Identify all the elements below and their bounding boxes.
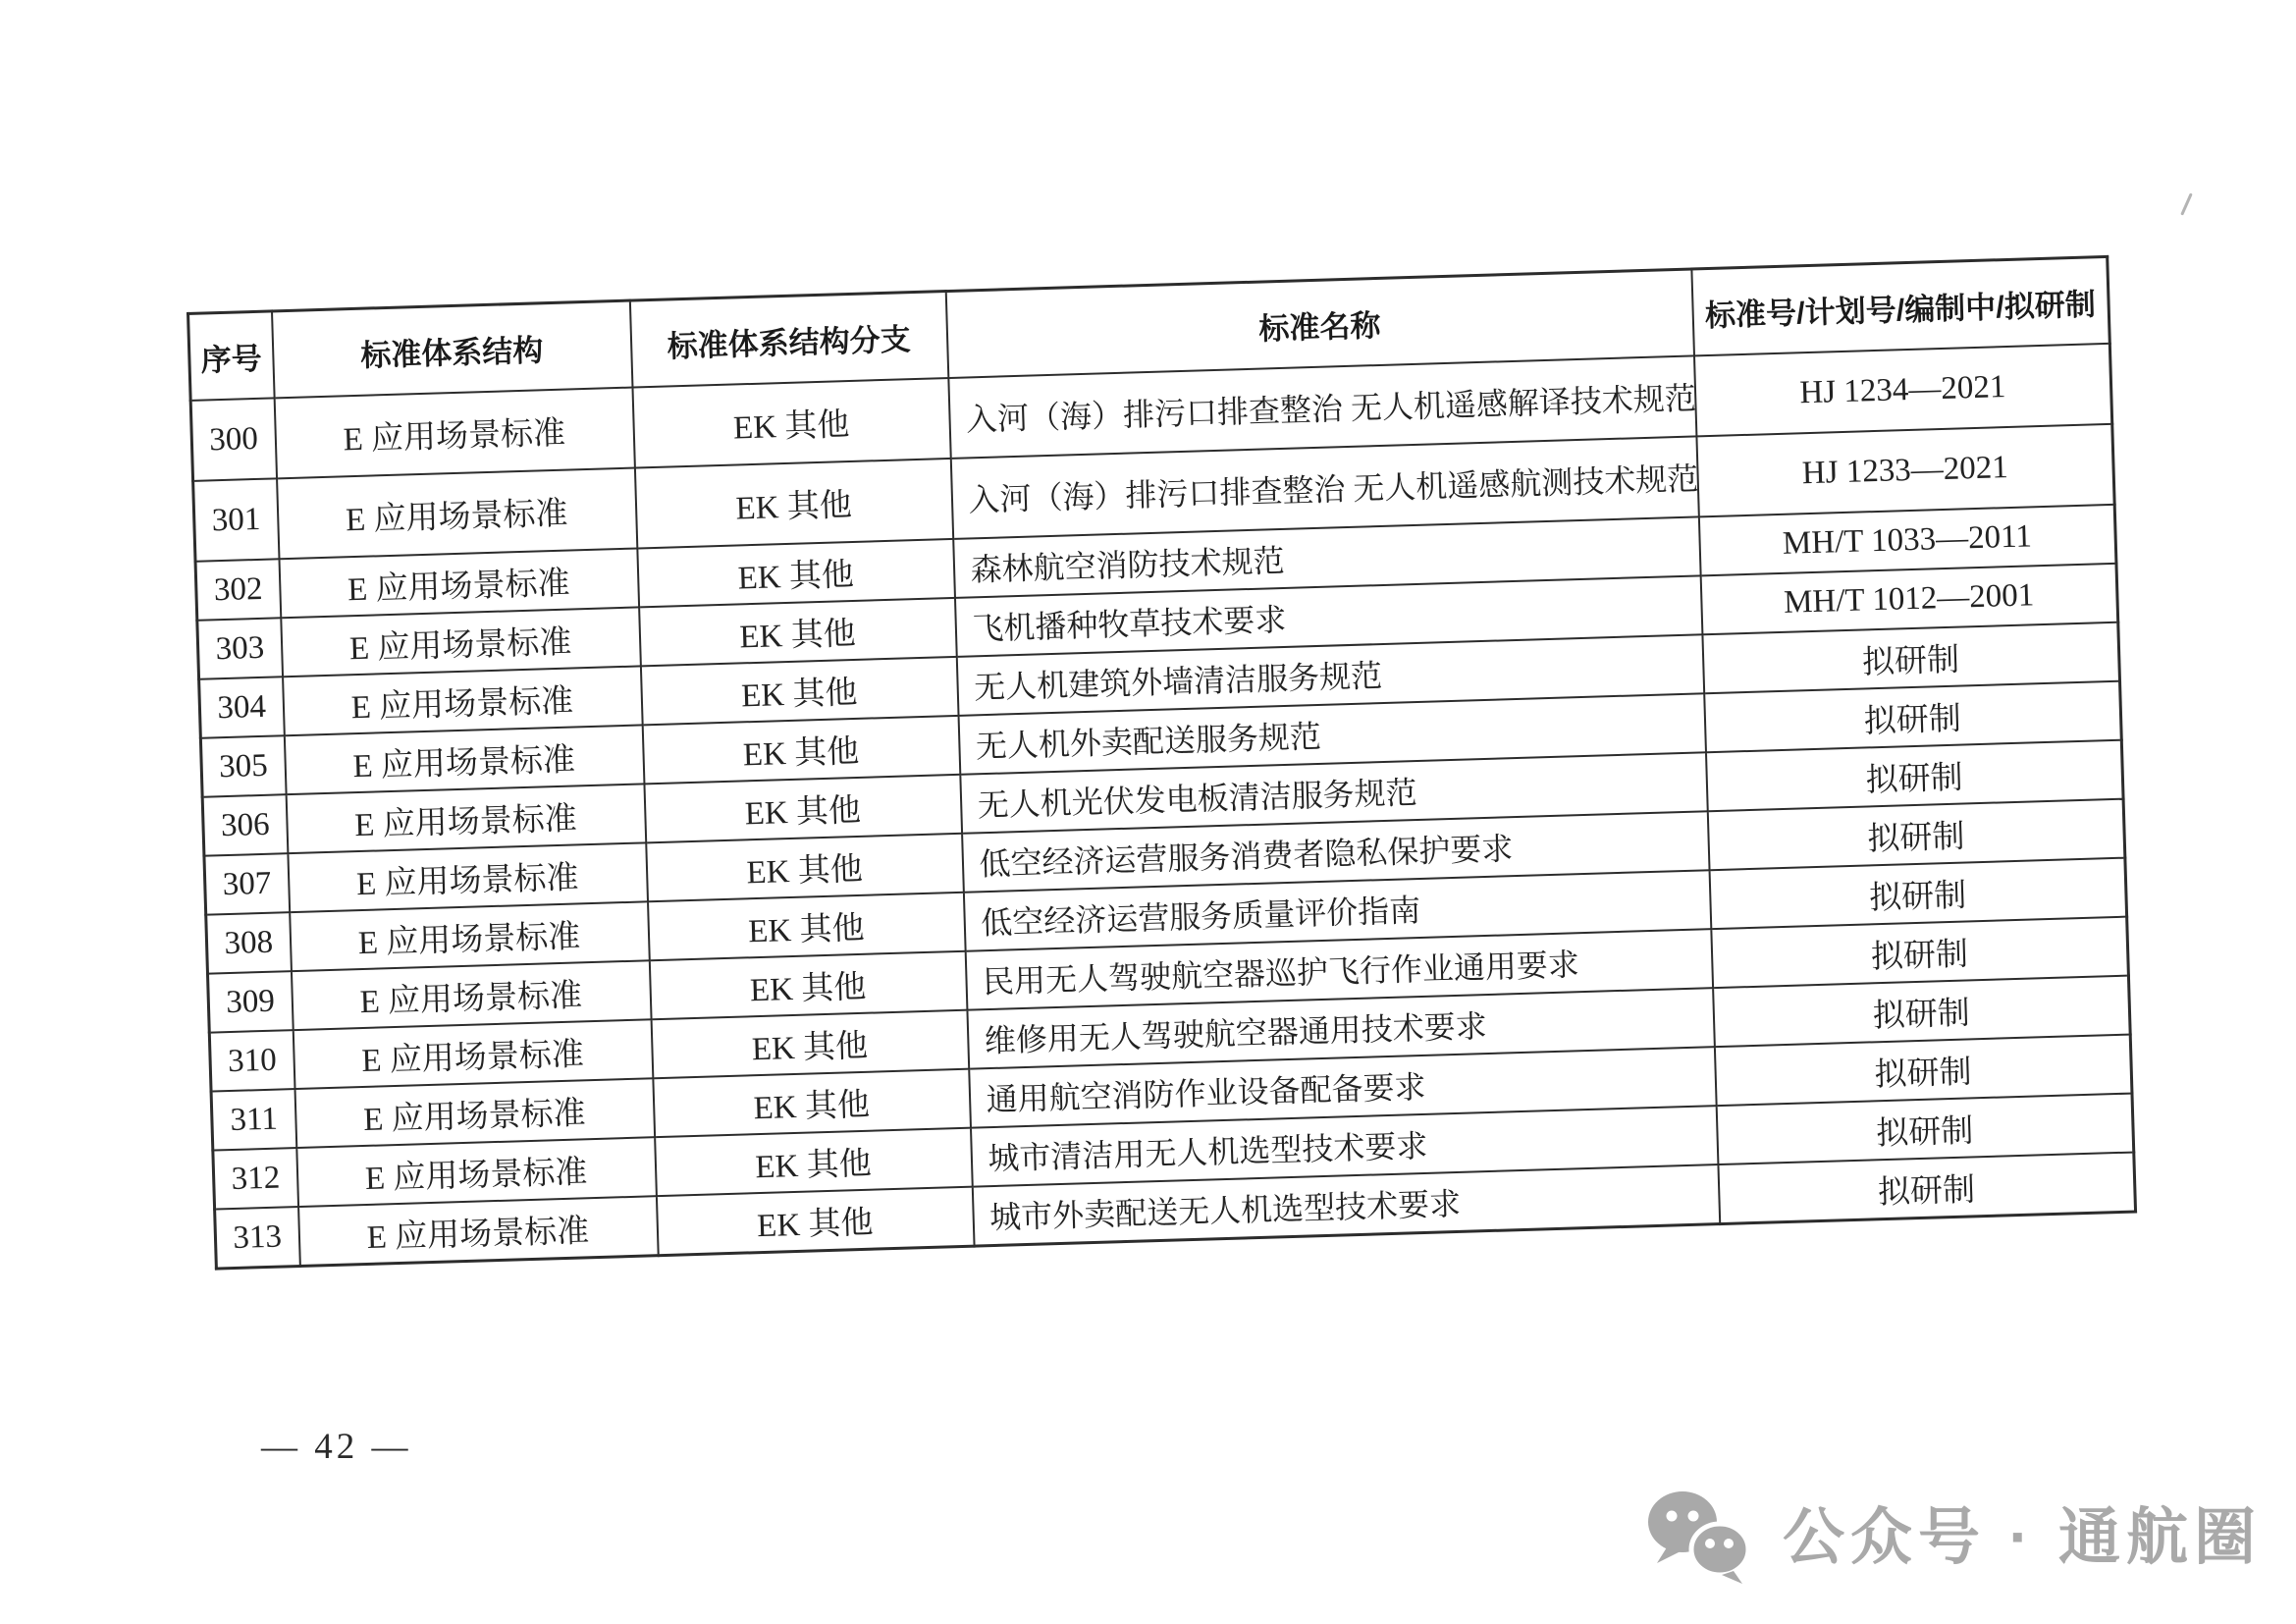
standards-table-container: 序号 标准体系结构 标准体系结构分支 标准名称 标准号/计划号/编制中/拟研制 … [187, 255, 2134, 1271]
system-structure-cell: E 应用场景标准 [281, 607, 641, 677]
page-number: — 42 — [261, 1426, 412, 1468]
system-branch-cell: EK 其他 [632, 378, 950, 468]
system-structure-cell: E 应用场景标准 [279, 548, 639, 618]
standard-status-cell: 拟研制 [1718, 1153, 2136, 1224]
row-number: 306 [202, 794, 288, 855]
row-number: 300 [190, 398, 276, 480]
row-number: 305 [200, 735, 286, 796]
system-structure-cell: E 应用场景标准 [284, 725, 644, 794]
column-header-system-branch: 标准体系结构分支 [629, 292, 947, 388]
system-branch-cell: EK 其他 [648, 893, 966, 961]
system-structure-cell: E 应用场景标准 [298, 1196, 659, 1266]
standard-status-cell: HJ 1234—2021 [1693, 344, 2111, 437]
row-number: 313 [215, 1207, 300, 1269]
system-structure-cell: E 应用场景标准 [283, 666, 643, 735]
system-structure-cell: E 应用场景标准 [291, 960, 651, 1030]
row-number: 307 [204, 853, 290, 914]
standard-status-cell: HJ 1233—2021 [1696, 424, 2114, 517]
row-number: 312 [213, 1148, 298, 1209]
system-branch-cell: EK 其他 [644, 775, 962, 843]
system-structure-cell: E 应用场景标准 [277, 468, 637, 560]
system-structure-cell: E 应用场景标准 [296, 1137, 657, 1207]
row-number: 309 [207, 971, 293, 1032]
system-branch-cell: EK 其他 [649, 951, 967, 1020]
system-structure-cell: E 应用场景标准 [288, 842, 648, 912]
scan-artifact-mark [2180, 192, 2193, 215]
system-branch-cell: EK 其他 [634, 459, 952, 549]
system-branch-cell: EK 其他 [642, 716, 960, 785]
standards-table: 序号 标准体系结构 标准体系结构分支 标准名称 标准号/计划号/编制中/拟研制 … [187, 255, 2137, 1271]
system-branch-cell: EK 其他 [637, 539, 955, 608]
system-branch-cell: EK 其他 [653, 1069, 971, 1138]
row-number: 303 [197, 618, 283, 678]
row-number: 302 [195, 559, 281, 620]
row-number: 304 [199, 677, 285, 737]
system-branch-cell: EK 其他 [646, 834, 964, 902]
system-structure-cell: E 应用场景标准 [293, 1019, 653, 1089]
system-branch-cell: EK 其他 [640, 657, 958, 726]
column-header-system-structure: 标准体系结构 [272, 300, 632, 398]
table-body: 300E 应用场景标准EK 其他入河（海）排污口排查整治 无人机遥感解译技术规范… [190, 344, 2135, 1269]
row-number: 310 [209, 1030, 294, 1091]
system-branch-cell: EK 其他 [639, 598, 957, 667]
row-number: 311 [211, 1089, 296, 1150]
system-structure-cell: E 应用场景标准 [274, 388, 634, 479]
wechat-icon [1637, 1481, 1757, 1596]
system-structure-cell: E 应用场景标准 [294, 1078, 655, 1148]
row-number: 301 [193, 478, 279, 561]
system-branch-cell: EK 其他 [655, 1128, 973, 1197]
system-branch-cell: EK 其他 [656, 1187, 974, 1256]
column-header-index: 序号 [188, 311, 275, 401]
wechat-watermark: 公众号 · 通航圈 [1637, 1481, 2262, 1596]
column-header-standard-status: 标准号/计划号/编制中/拟研制 [1691, 256, 2109, 355]
row-number: 308 [206, 912, 292, 973]
system-branch-cell: EK 其他 [651, 1010, 969, 1079]
system-structure-cell: E 应用场景标准 [286, 784, 646, 853]
watermark-text: 公众号 · 通航圈 [1783, 1507, 2262, 1569]
system-structure-cell: E 应用场景标准 [290, 901, 650, 971]
